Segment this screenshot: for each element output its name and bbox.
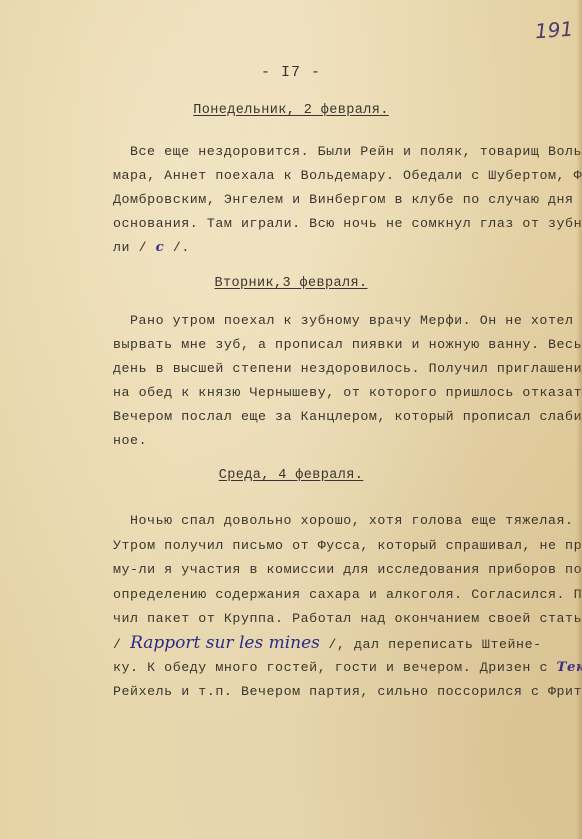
text-line: / Rapport sur les mines /, дал переписат… (113, 633, 542, 653)
text-line: чил пакет от Круппа. Работал над окончан… (113, 611, 582, 626)
heading-text: Вторник,3 февраля. (214, 276, 367, 291)
entry-heading-wednesday: Среда, 4 февраля. (0, 468, 582, 483)
text-line: Утром получил письмо от Фусса, который с… (113, 538, 582, 553)
text-line: Рано утром поехал к зубному врачу Мерфи.… (130, 313, 574, 328)
text-line: му-ли я участия в комиссии для исследова… (113, 562, 582, 577)
handwritten-title: Rapport sur les mines (130, 633, 320, 653)
document-page: 191 - I7 - Понедельник, 2 февраля. Все е… (0, 0, 582, 839)
text-fragment: ку. К обеду много гостей, гости и вечеро… (113, 660, 557, 675)
text-line: ное. (113, 433, 147, 448)
entry-heading-tuesday: Вторник,3 февраля. (0, 276, 582, 291)
text-line: на обед к князю Чернышеву, от которого п… (113, 385, 582, 400)
text-line: определению содержания сахара и алкоголя… (113, 587, 582, 602)
text-line: ку. К обеду много гостей, гости и вечеро… (113, 660, 582, 675)
text-fragment: ли / (113, 240, 156, 255)
text-line: Домбровским, Энгелем и Винбергом в клубе… (113, 192, 582, 207)
heading-text: Понедельник, 2 февраля. (193, 103, 389, 118)
text-line: Вечером послал еще за Канцлером, который… (113, 409, 582, 424)
archive-sheet-number: 191 (534, 17, 574, 44)
text-fragment: /, дал переписать Штейне- (320, 637, 542, 652)
text-line: день в высшей степени нездоровилось. Пол… (113, 361, 582, 376)
heading-text: Среда, 4 февраля. (219, 468, 364, 483)
text-line: основания. Там играли. Всю ночь не сомкн… (113, 216, 582, 231)
text-fragment: /. (164, 240, 190, 255)
text-line: Рейхель и т.п. Вечером партия, сильно по… (113, 684, 582, 699)
text-line: ли / c /. (113, 240, 190, 255)
text-line: вырвать мне зуб, а прописал пиявки и нож… (113, 337, 582, 352)
handwritten-name: Теклой, (557, 660, 582, 675)
text-line: Ночью спал довольно хорошо, хотя голова … (130, 513, 574, 528)
handwritten-insert: c (156, 240, 165, 255)
page-number: - I7 - (0, 64, 582, 81)
text-line: Все еще нездоровится. Были Рейн и поляк,… (130, 144, 582, 159)
entry-heading-monday: Понедельник, 2 февраля. (0, 103, 582, 118)
text-fragment: / (113, 637, 130, 652)
text-line: мара, Аннет поехала к Вольдемару. Обедал… (113, 168, 582, 183)
